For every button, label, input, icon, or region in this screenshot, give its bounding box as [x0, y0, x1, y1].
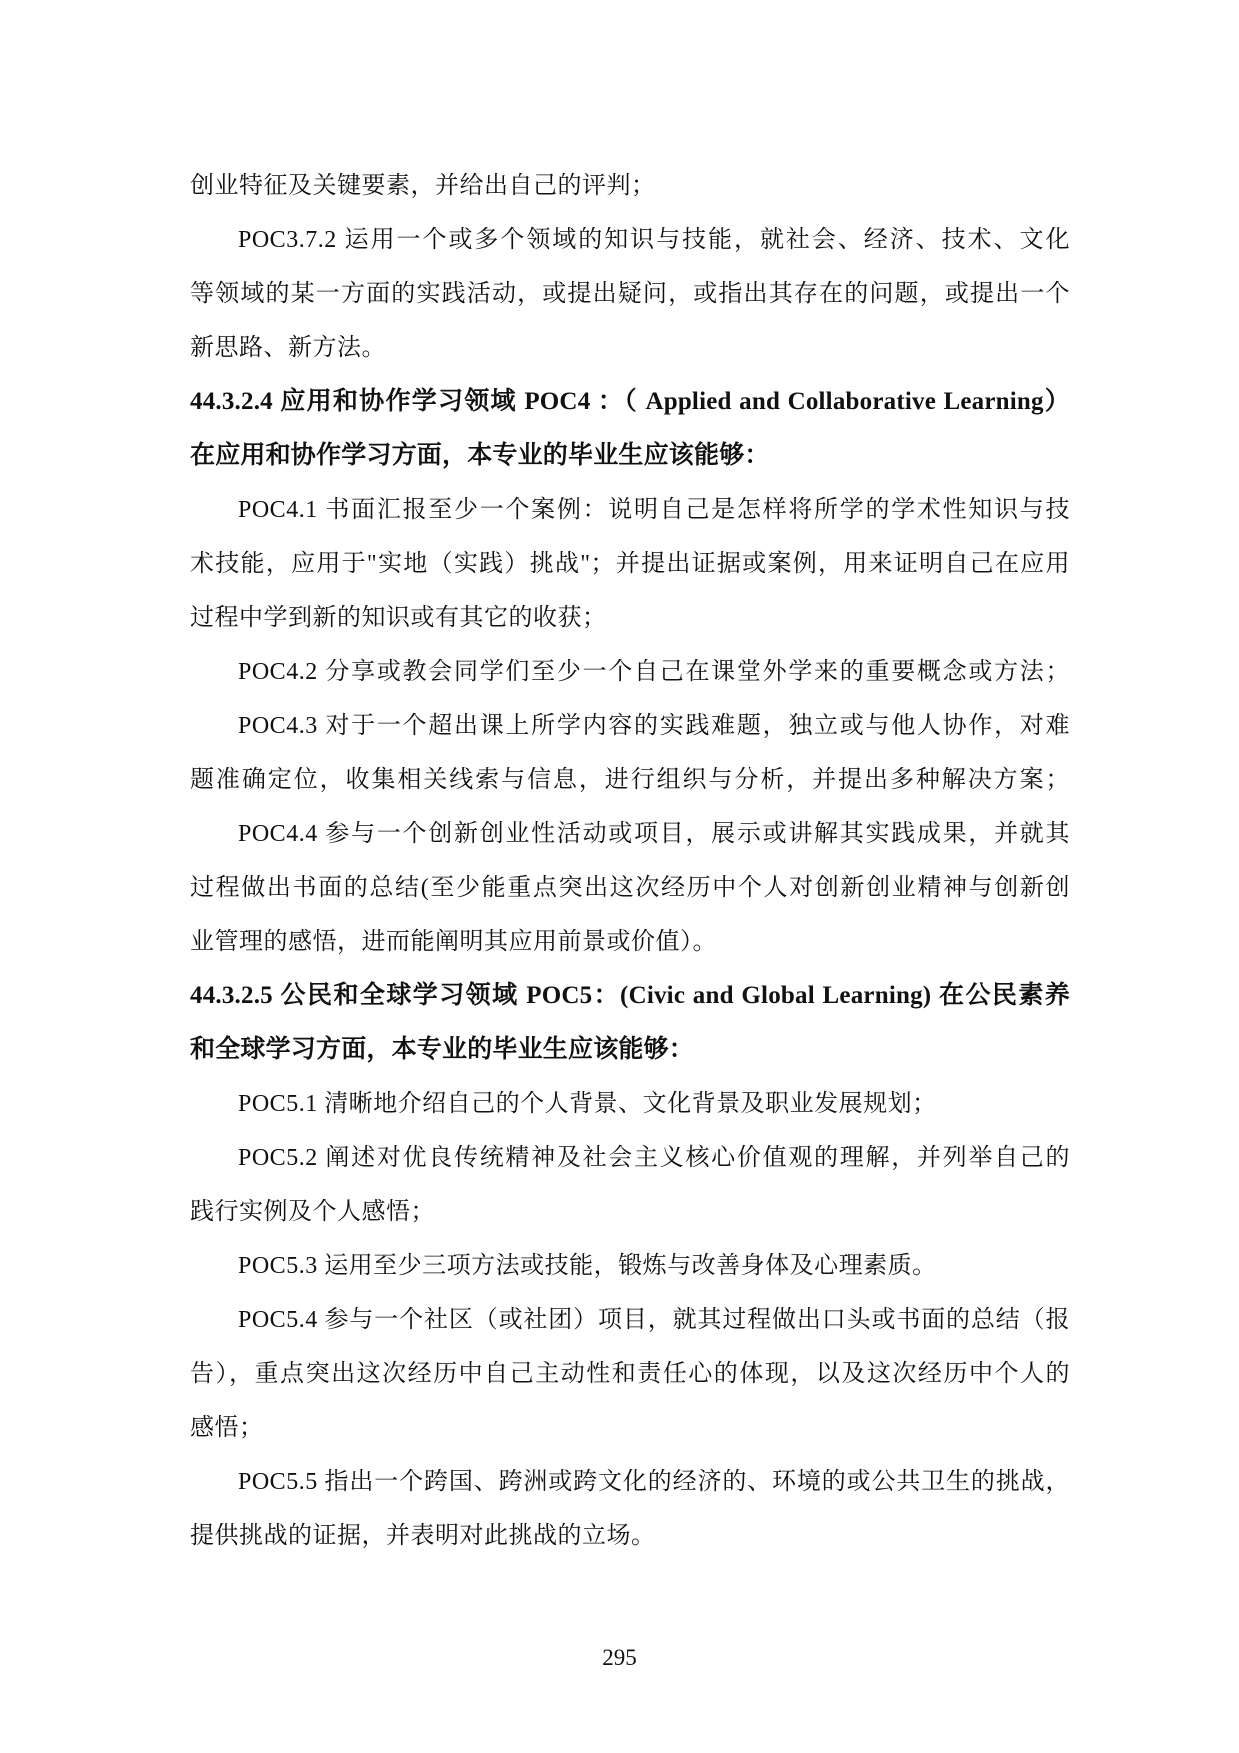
heading-line: 和全球学习方面，本专业的毕业生应该能够：: [190, 1023, 1070, 1077]
body-text-line: POC4.3 对于一个超出课上所学内容的实践难题，独立或与他人协作，对难: [190, 699, 1070, 753]
heading-line: 44.3.2.4 应用和协作学习领域 POC4 ：（ Applied and C…: [190, 375, 1070, 429]
body-text-line: POC5.2 阐述对优良传统精神及社会主义核心价值观的理解，并列举自己的: [190, 1131, 1070, 1185]
heading-line: 在应用和协作学习方面，本专业的毕业生应该能够：: [190, 429, 1070, 483]
body-text-line: POC4.2 分享或教会同学们至少一个自己在课堂外学来的重要概念或方法；: [190, 645, 1070, 699]
body-text-line: 过程中学到新的知识或有其它的收获；: [190, 591, 1070, 645]
body-text-line: 践行实例及个人感悟；: [190, 1185, 1070, 1239]
body-text-line: POC5.1 清晰地介绍自己的个人背景、文化背景及职业发展规划；: [190, 1077, 1070, 1131]
body-text-line: 创业特征及关键要素，并给出自己的评判；: [190, 159, 1070, 213]
body-text-line: 告），重点突出这次经历中自己主动性和责任心的体现，以及这次经历中个人的: [190, 1347, 1070, 1401]
body-text-line: 感悟；: [190, 1401, 1070, 1455]
body-text-line: 业管理的感悟，进而能阐明其应用前景或价值）。: [190, 915, 1070, 969]
body-text-line: POC5.3 运用至少三项方法或技能，锻炼与改善身体及心理素质。: [190, 1239, 1070, 1293]
body-text-line: POC5.4 参与一个社区（或社团）项目，就其过程做出口头或书面的总结（报: [190, 1293, 1070, 1347]
body-text-line: POC5.5 指出一个跨国、跨洲或跨文化的经济的、环境的或公共卫生的挑战，: [190, 1455, 1070, 1509]
heading-line: 44.3.2.5 公民和全球学习领域 POC5：(Civic and Globa…: [190, 969, 1070, 1023]
body-text-line: 术技能，应用于"实地（实践）挑战"；并提出证据或案例，用来证明自己在应用: [190, 537, 1070, 591]
body-text-line: POC3.7.2 运用一个或多个领域的知识与技能，就社会、经济、技术、文化: [190, 213, 1070, 267]
body-text-line: 等领域的某一方面的实践活动，或提出疑问，或指出其存在的问题，或提出一个: [190, 267, 1070, 321]
body-text-line: 提供挑战的证据，并表明对此挑战的立场。: [190, 1509, 1070, 1563]
body-text-line: 过程做出书面的总结(至少能重点突出这次经历中个人对创新创业精神与创新创: [190, 861, 1070, 915]
body-text-line: POC4.1 书面汇报至少一个案例：说明自己是怎样将所学的学术性知识与技: [190, 483, 1070, 537]
document-text-block: 创业特征及关键要素，并给出自己的评判；POC3.7.2 运用一个或多个领域的知识…: [190, 159, 1070, 1563]
document-page: 创业特征及关键要素，并给出自己的评判；POC3.7.2 运用一个或多个领域的知识…: [0, 0, 1239, 1753]
body-text-line: POC4.4 参与一个创新创业性活动或项目，展示或讲解其实践成果，并就其: [190, 807, 1070, 861]
page-number: 295: [0, 1645, 1239, 1671]
body-text-line: 新思路、新方法。: [190, 321, 1070, 375]
body-text-line: 题准确定位，收集相关线索与信息，进行组织与分析，并提出多种解决方案；: [190, 753, 1070, 807]
